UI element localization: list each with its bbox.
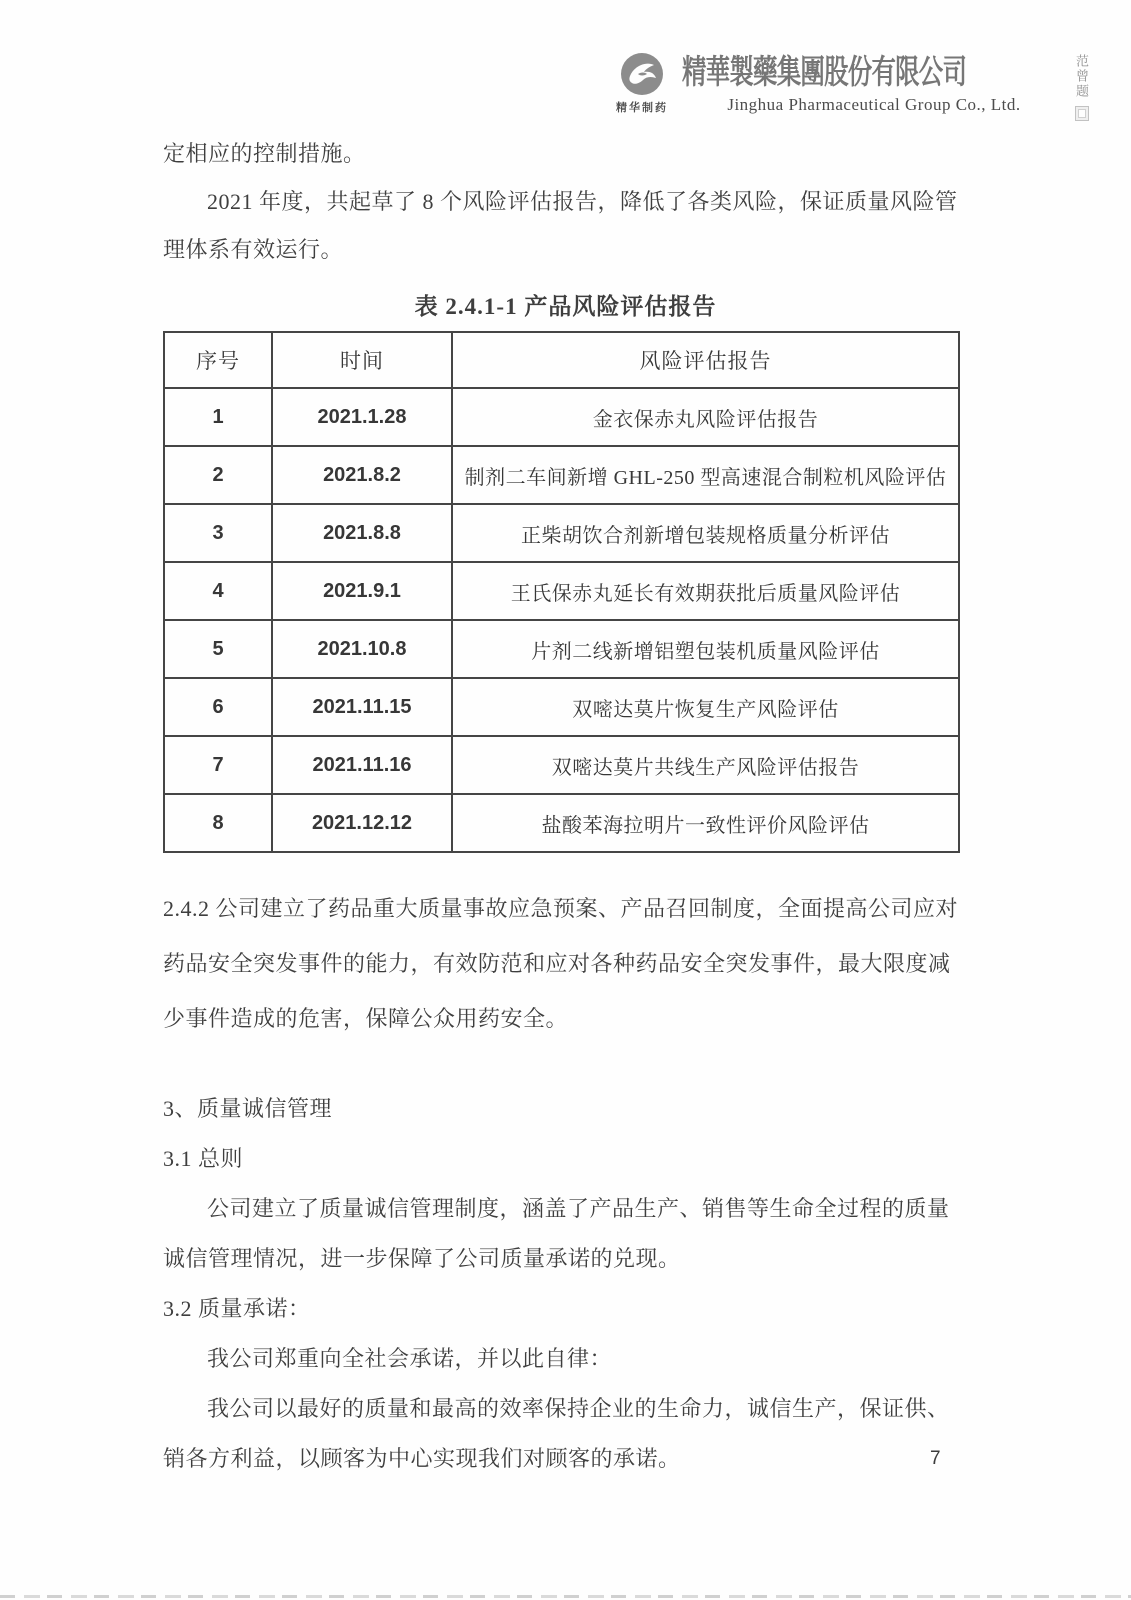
paragraph: 2.4.2 公司建立了药品重大质量事故应急预案、产品召回制度，全面提高公司应对药…	[163, 881, 968, 1046]
report-name-cell: 制剂二车间新增 GHL-250 型高速混合制粒机风险评估	[452, 446, 959, 504]
report-name-cell: 王氏保赤丸延长有效期获批后质量风险评估	[452, 562, 959, 620]
seal-stamp-icon	[1075, 106, 1089, 121]
date-cell: 2021.10.8	[272, 620, 452, 678]
report-name-cell: 金衣保赤丸风险评估报告	[452, 388, 959, 446]
signature-block: 范曾题	[1072, 50, 1091, 121]
date-cell: 2021.11.16	[272, 736, 452, 794]
logo-caption: 精华制药	[616, 99, 668, 115]
letterhead: 精华制药 精華製藥集團股份有限公司 Jinghua Pharmaceutical…	[616, 46, 1091, 121]
paragraph: 定相应的控制措施。	[163, 130, 968, 178]
table-row: 72021.11.16双嘧达莫片共线生产风险评估报告	[164, 736, 959, 794]
row-number-cell: 2	[164, 446, 272, 504]
report-name-cell: 双嘧达莫片共线生产风险评估报告	[452, 736, 959, 794]
risk-assessment-table: 序号 时间 风险评估报告 12021.1.28金衣保赤丸风险评估报告22021.…	[163, 331, 960, 853]
table-row: 12021.1.28金衣保赤丸风险评估报告	[164, 388, 959, 446]
row-number-cell: 3	[164, 504, 272, 562]
paragraph: 我公司郑重向全社会承诺，并以此自律：	[163, 1334, 968, 1384]
row-number-cell: 7	[164, 736, 272, 794]
table-row: 62021.11.15双嘧达莫片恢复生产风险评估	[164, 678, 959, 736]
page-content: 定相应的控制措施。2021 年度，共起草了 8 个风险评估报告，降低了各类风险，…	[163, 130, 968, 1484]
company-name-en: Jinghua Pharmaceutical Group Co., Ltd.	[682, 95, 1066, 115]
column-header-report: 风险评估报告	[452, 332, 959, 388]
row-number-cell: 4	[164, 562, 272, 620]
report-name-cell: 盐酸苯海拉明片一致性评价风险评估	[452, 794, 959, 852]
row-number-cell: 6	[164, 678, 272, 736]
row-number-cell: 5	[164, 620, 272, 678]
calligraphy-signature: 范曾题	[1072, 50, 1091, 102]
table-header-row: 序号 时间 风险评估报告	[164, 332, 959, 388]
company-names: 精華製藥集團股份有限公司 Jinghua Pharmaceutical Grou…	[682, 46, 1066, 115]
table-title: 表 2.4.1-1 产品风险评估报告	[163, 288, 968, 321]
bird-logo-icon	[620, 52, 664, 96]
table-row: 32021.8.8正柴胡饮合剂新增包装规格质量分析评估	[164, 504, 959, 562]
row-number-cell: 8	[164, 794, 272, 852]
table-row: 22021.8.2制剂二车间新增 GHL-250 型高速混合制粒机风险评估	[164, 446, 959, 504]
date-cell: 2021.11.15	[272, 678, 452, 736]
paragraph: 3.1 总则	[163, 1134, 968, 1184]
table-row: 52021.10.8片剂二线新增铝塑包装机质量风险评估	[164, 620, 959, 678]
table-row: 42021.9.1王氏保赤丸延长有效期获批后质量风险评估	[164, 562, 959, 620]
report-name-cell: 双嘧达莫片恢复生产风险评估	[452, 678, 959, 736]
paragraph: 我公司以最好的质量和最高的效率保持企业的生命力，诚信生产，保证供、销各方利益，以…	[163, 1384, 968, 1484]
table-row: 82021.12.12盐酸苯海拉明片一致性评价风险评估	[164, 794, 959, 852]
report-name-cell: 正柴胡饮合剂新增包装规格质量分析评估	[452, 504, 959, 562]
scan-edge-artifact	[0, 1595, 1131, 1598]
risk-table-body: 序号 时间 风险评估报告 12021.1.28金衣保赤丸风险评估报告22021.…	[164, 332, 959, 852]
document-page: 精华制药 精華製藥集團股份有限公司 Jinghua Pharmaceutical…	[0, 0, 1131, 1600]
paragraph: 2021 年度，共起草了 8 个风险评估报告，降低了各类风险，保证质量风险管理体…	[163, 178, 968, 274]
company-name-zh: 精華製藥集團股份有限公司	[682, 46, 966, 93]
page-number: 7	[930, 1448, 941, 1470]
column-header-date: 时间	[272, 332, 452, 388]
paragraph: 3.2 质量承诺：	[163, 1284, 968, 1334]
row-number-cell: 1	[164, 388, 272, 446]
column-header-seq: 序号	[164, 332, 272, 388]
date-cell: 2021.8.2	[272, 446, 452, 504]
date-cell: 2021.12.12	[272, 794, 452, 852]
paragraph: 3、质量诚信管理	[163, 1084, 968, 1134]
date-cell: 2021.8.8	[272, 504, 452, 562]
logo-block: 精华制药	[616, 52, 668, 115]
top-paragraphs: 定相应的控制措施。2021 年度，共起草了 8 个风险评估报告，降低了各类风险，…	[163, 130, 968, 274]
bottom-paragraphs: 2.4.2 公司建立了药品重大质量事故应急预案、产品召回制度，全面提高公司应对药…	[163, 881, 968, 1484]
paragraph: 公司建立了质量诚信管理制度，涵盖了产品生产、销售等生命全过程的质量诚信管理情况，…	[163, 1184, 968, 1284]
report-name-cell: 片剂二线新增铝塑包装机质量风险评估	[452, 620, 959, 678]
date-cell: 2021.9.1	[272, 562, 452, 620]
date-cell: 2021.1.28	[272, 388, 452, 446]
